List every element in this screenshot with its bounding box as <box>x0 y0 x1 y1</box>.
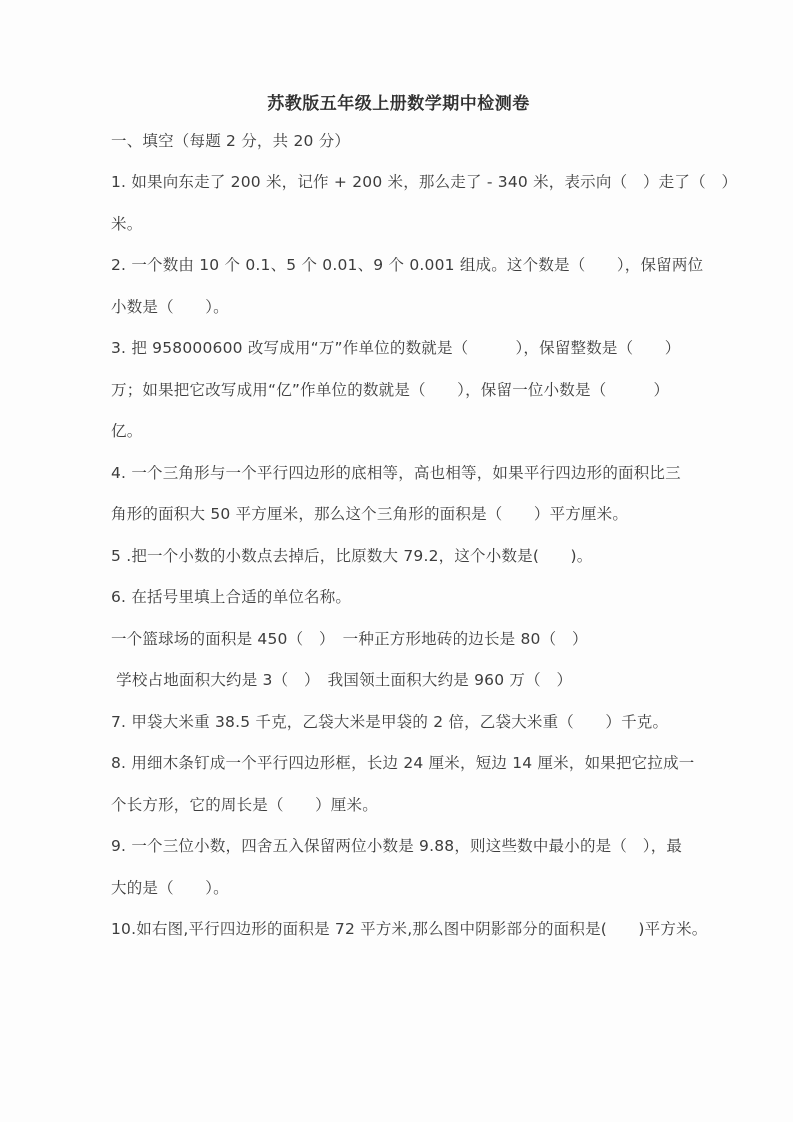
question-1-line-1: 1. 如果向东走了 200 米，记作 + 200 米，那么走了 - 340 米，… <box>111 161 686 203</box>
question-7-line-1: 7. 甲袋大米重 38.5 千克，乙袋大米是甲袋的 2 倍，乙袋大米重（ ）千克… <box>111 700 686 742</box>
question-3-line-2: 万；如果把它改写成用“亿”作单位的数就是（ ），保留一位小数是（ ） <box>111 368 686 410</box>
exam-page: 苏教版五年级上册数学期中检测卷 一、填空（每题 2 分，共 20 分） 1. 如… <box>0 0 793 1122</box>
question-4-line-1: 4. 一个三角形与一个平行四边形的底相等，高也相等，如果平行四边形的面积比三 <box>111 451 686 493</box>
question-6-line-3: 学校占地面积大约是 3（ ） 我国领土面积大约是 960 万（ ） <box>111 659 686 701</box>
question-10-line-1: 10.如右图,平行四边形的面积是 72 平方米,那么图中阴影部分的面积是( )平… <box>111 908 686 950</box>
section-1-heading: 一、填空（每题 2 分，共 20 分） <box>111 119 686 161</box>
question-2-line-1: 2. 一个数由 10 个 0.1、5 个 0.01、9 个 0.001 组成。这… <box>111 244 686 286</box>
question-3-line-3: 亿。 <box>111 410 686 452</box>
question-3-line-1: 3. 把 958000600 改写成用“万”作单位的数就是（ ），保留整数是（ … <box>111 327 686 369</box>
question-6-line-1: 6. 在括号里填上合适的单位名称。 <box>111 576 686 618</box>
page-title: 苏教版五年级上册数学期中检测卷 <box>111 92 686 116</box>
question-1-line-2: 米。 <box>111 202 686 244</box>
question-4-line-2: 角形的面积大 50 平方厘米，那么这个三角形的面积是（ ）平方厘米。 <box>111 493 686 535</box>
question-8-line-1: 8. 用细木条钉成一个平行四边形框，长边 24 厘米，短边 14 厘米，如果把它… <box>111 742 686 784</box>
question-6-line-2: 一个篮球场的面积是 450（ ） 一种正方形地砖的边长是 80（ ） <box>111 617 686 659</box>
question-2-line-2: 小数是（ ）。 <box>111 285 686 327</box>
question-9-line-1: 9. 一个三位小数，四舍五入保留两位小数是 9.88，则这些数中最小的是（ ），… <box>111 825 686 867</box>
exam-content: 苏教版五年级上册数学期中检测卷 一、填空（每题 2 分，共 20 分） 1. 如… <box>111 92 686 949</box>
question-5-line-1: 5 .把一个小数的小数点去掉后，比原数大 79.2，这个小数是( )。 <box>111 534 686 576</box>
question-9-line-2: 大的是（ ）。 <box>111 866 686 908</box>
question-8-line-2: 个长方形，它的周长是（ ）厘米。 <box>111 783 686 825</box>
